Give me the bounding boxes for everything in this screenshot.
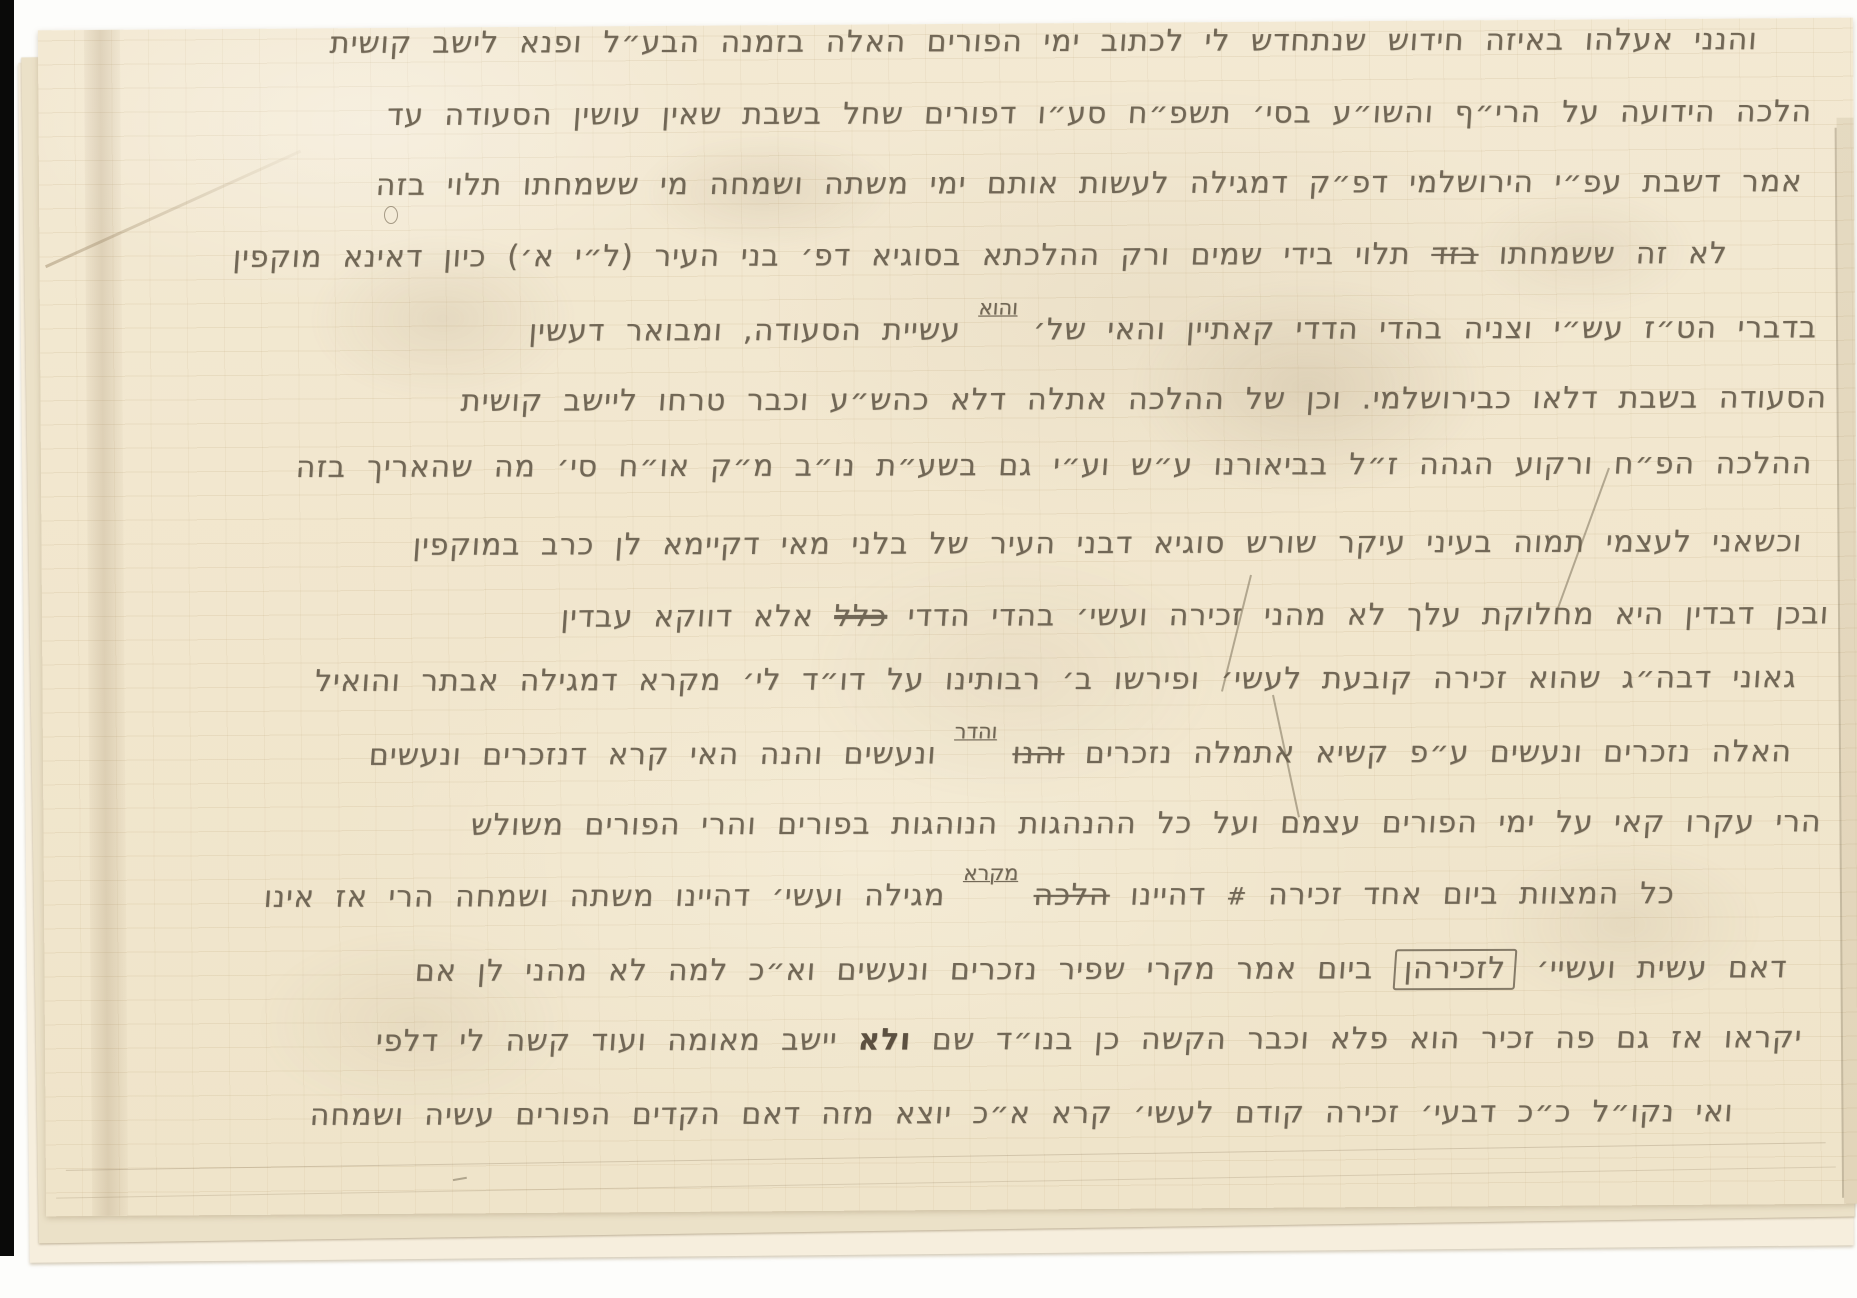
- paper-wrinkle: [307, 233, 578, 405]
- paper-wrinkle: [1128, 276, 1490, 499]
- right-sheet-edge-line: [1835, 128, 1844, 1198]
- paper-wrinkle: [1484, 838, 1765, 1010]
- paper-wrinkle: [637, 130, 898, 252]
- scanned-document: והנני אעלהו באיזה חידוש שנתחדש לי לכתוב …: [0, 0, 1857, 1298]
- scanner-edge-strip: [0, 0, 14, 1256]
- paper-wrinkle: [1467, 185, 1698, 317]
- stacked-sheet-edge-line: [66, 1142, 1826, 1171]
- manuscript-page: [38, 18, 1857, 1217]
- paper-wrinkle: [801, 542, 1223, 805]
- corner-fold-crease: [45, 150, 301, 268]
- right-sheet-edge-shade: [1837, 118, 1857, 1204]
- left-crease-band: [84, 30, 128, 1216]
- stacked-sheet-edge-line: [56, 1167, 1836, 1199]
- paper-wrinkle: [254, 927, 575, 1119]
